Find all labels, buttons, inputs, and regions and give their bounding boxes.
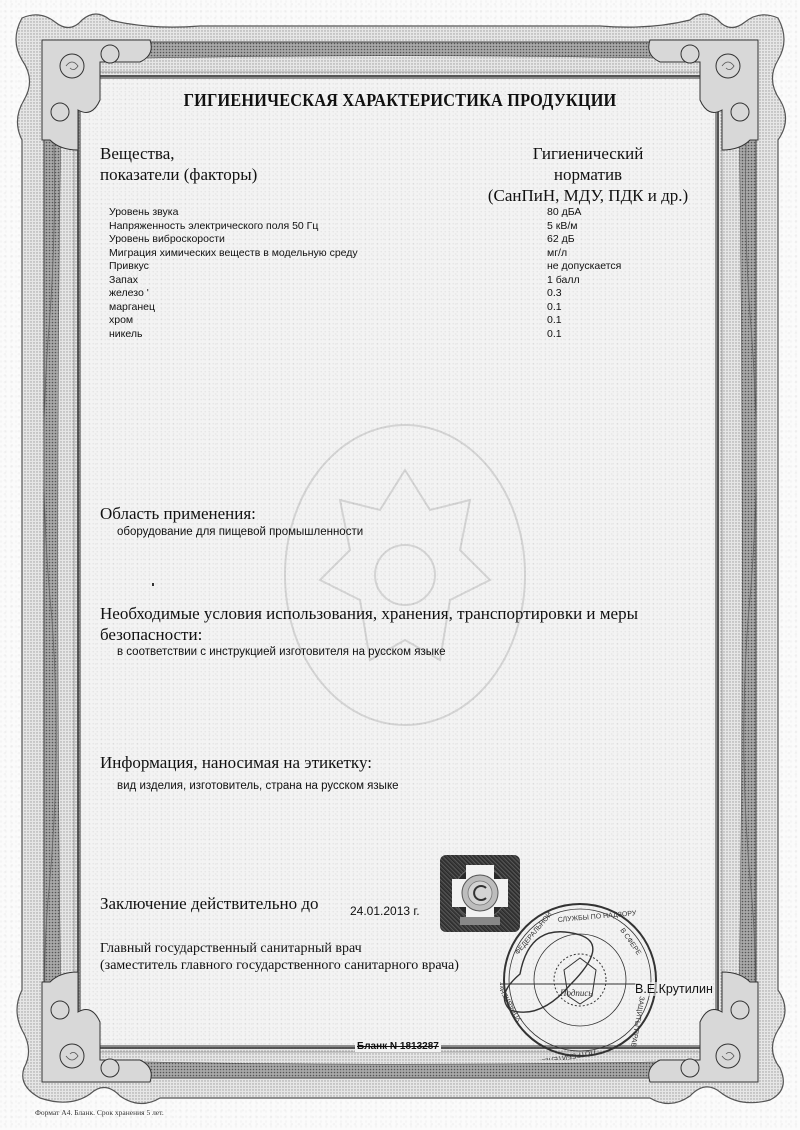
factor-row: никель0.1 [109,328,669,342]
label-info-label: Информация, наносимая на этикетку: [100,752,372,773]
scope-label: Область применения: [100,503,256,524]
scope-value: оборудование для пищевой промышленности [117,526,363,538]
footer-note: Формат А4. Бланк. Срок хранения 5 лет. [35,1108,164,1117]
factor-name: Уровень виброскорости [109,233,547,247]
conditions-value: в соответствии с инструкцией изготовител… [117,646,446,658]
column-header-factors: Вещества, показатели (факторы) [100,143,257,185]
label-info-value: вид изделия, изготовитель, страна на рус… [117,780,399,792]
validity-date: 24.01.2013 г. [350,904,420,918]
factor-name: никель [109,328,547,342]
factor-norm: 80 дБА [547,206,669,220]
factor-row: Миграция химических веществ в модельную … [109,247,669,261]
factor-row: железо '0.3 [109,287,669,301]
factor-norm: 0.1 [547,301,669,315]
validity-label: Заключение действительно до [100,893,319,914]
factors-table: Уровень звука80 дБАНапряженность электри… [109,206,669,341]
factor-row: Уровень виброскорости62 дБ [109,233,669,247]
factor-row: Привкусне допускается [109,260,669,274]
factor-norm: 0.3 [547,287,669,301]
column-header-factors-line1: Вещества, [100,143,257,164]
factor-norm: 0.1 [547,314,669,328]
factor-norm: 62 дБ [547,233,669,247]
factor-row: Уровень звука80 дБА [109,206,669,220]
factor-norm: мг/л [547,247,669,261]
signatory-name: В.Е.Крутилин [635,982,713,996]
svg-text:СЛУЖБЫ ПО НАДЗОРУ: СЛУЖБЫ ПО НАДЗОРУ [558,910,638,924]
factor-row: Напряженность электрического поля 50 Гц5… [109,220,669,234]
column-header-factors-line2: показатели (факторы) [100,164,257,185]
document-title: ГИГИЕНИЧЕСКАЯ ХАРАКТЕРИСТИКА ПРОДУКЦИИ [102,90,697,111]
column-header-norms-line1: Гигиенический [470,143,706,164]
factor-name: Запах [109,274,547,288]
factor-name: Привкус [109,260,547,274]
factor-name: хром [109,314,547,328]
factor-norm: 0.1 [547,328,669,342]
signatory-role-line2: (заместитель главного государственного с… [100,957,459,974]
factor-row: хром0.1 [109,314,669,328]
factor-name: Напряженность электрического поля 50 Гц [109,220,547,234]
signatory-role-line1: Главный государственный санитарный врач [100,940,459,957]
factor-norm: не допускается [547,260,669,274]
factor-row: марганец0.1 [109,301,669,315]
conditions-label-line1: Необходимые условия использования, хране… [100,603,638,624]
conditions-label-line2: безопасности: [100,624,202,645]
official-stamp: ФЕДЕРАЛЬНОЙ СЛУЖБЫ ПО НАДЗОРУ В СФЕРЕ ЗА… [500,900,660,1060]
certificate-page: ГИГИЕНИЧЕСКАЯ ХАРАКТЕРИСТИКА ПРОДУКЦИИ В… [0,0,800,1130]
stamp-caption: Подпись [559,988,593,998]
factor-norm: 5 кВ/м [547,220,669,234]
column-header-norms: Гигиенический норматив (СанПиН, МДУ, ПДК… [470,143,706,206]
factor-norm: 1 балл [547,274,669,288]
factor-row: Запах1 балл [109,274,669,288]
scan-speck [152,583,154,586]
factor-name: Уровень звука [109,206,547,220]
column-header-norms-line2: норматив [470,164,706,185]
emblem-watermark [270,410,540,740]
signatory-role: Главный государственный санитарный врач … [100,940,459,974]
column-header-norms-line3: (СанПиН, МДУ, ПДК и др.) [470,185,706,206]
factor-name: железо ' [109,287,547,301]
factor-name: марганец [109,301,547,315]
factor-name: Миграция химических веществ в модельную … [109,247,547,261]
blank-number: Бланк N 1813287 [355,1041,441,1052]
